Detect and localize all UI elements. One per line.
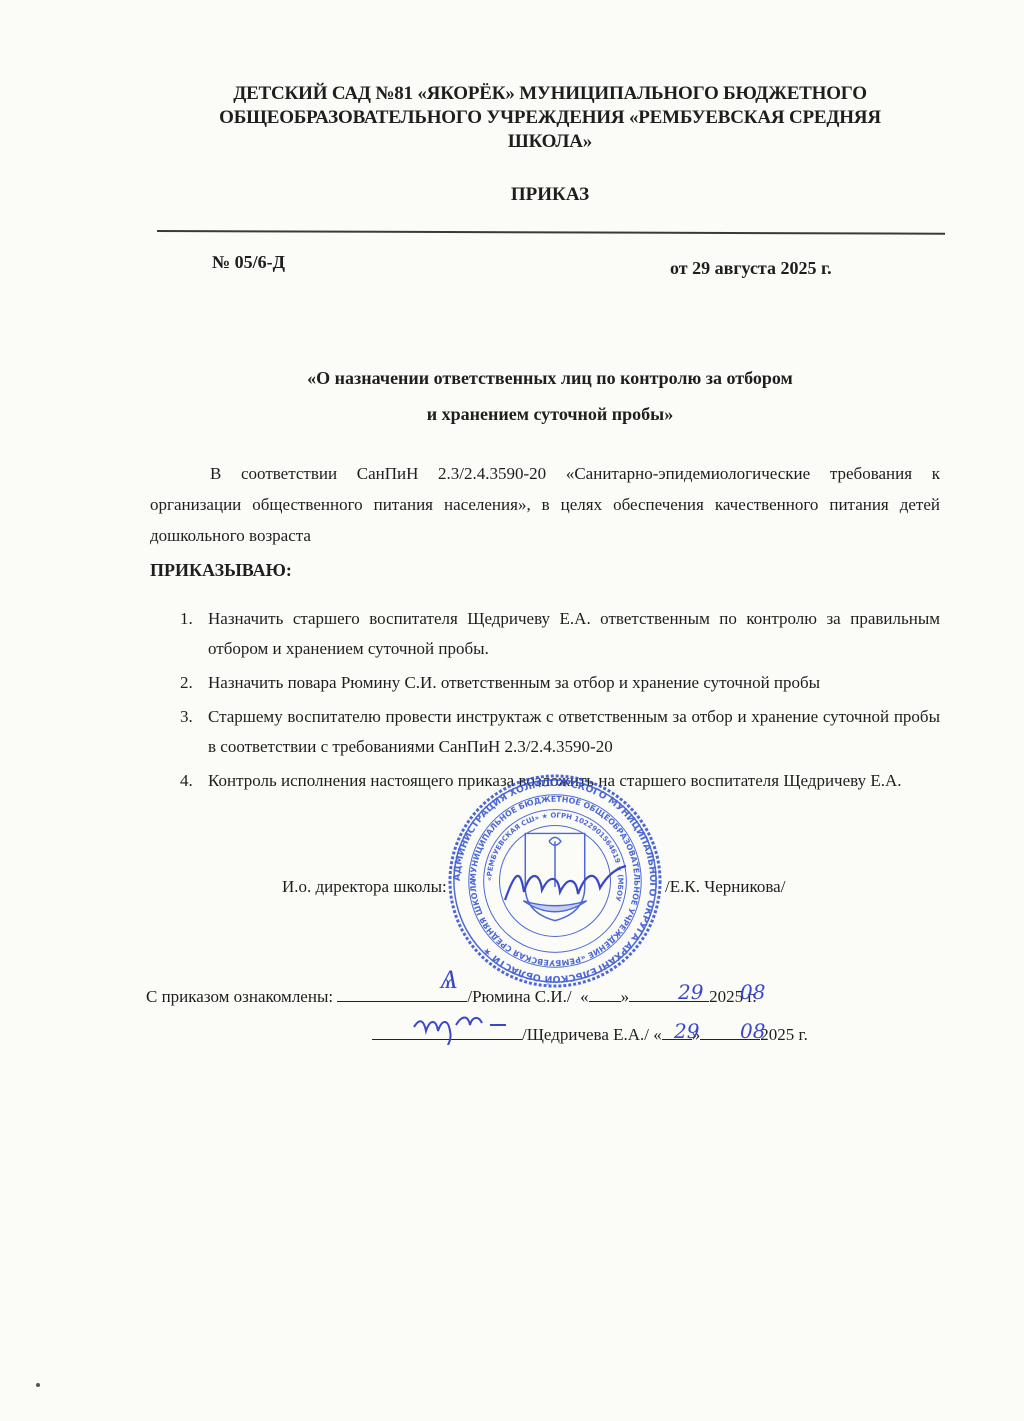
institution-header: ДЕТСКИЙ САД №81 «ЯКОРЁК» МУНИЦИПАЛЬНОГО … — [150, 82, 950, 154]
order-items-list: 1. Назначить старшего воспитателя Щедрич… — [176, 604, 940, 800]
item-number: 4. — [180, 766, 193, 796]
document-type: ПРИКАЗ — [150, 184, 950, 206]
signature-ryumina-icon: Ѧ — [440, 965, 458, 995]
handwritten-day-2: 29 — [674, 1019, 699, 1043]
director-role: И.о. директора школы: — [282, 877, 447, 897]
directive-heading: ПРИКАЗЫВАЮ: — [150, 560, 292, 581]
director-signature-icon — [500, 862, 630, 912]
day-field — [589, 985, 621, 1002]
order-date: от 29 августа 2025 г. — [670, 258, 832, 279]
item-number: 1. — [180, 604, 193, 634]
item-number: 2. — [180, 668, 193, 698]
order-title: «О назначении ответственных лиц по контр… — [150, 360, 950, 432]
handwritten-month-2: 08 — [740, 1019, 765, 1043]
signer-name: /Щедричева Е.А./ — [522, 1025, 649, 1044]
acknowledgement-label: С приказом ознакомлены: — [146, 987, 333, 1006]
document-page: ДЕТСКИЙ САД №81 «ЯКОРЁК» МУНИЦИПАЛЬНОГО … — [0, 0, 1024, 1421]
order-item: 1. Назначить старшего воспитателя Щедрич… — [176, 604, 940, 664]
title-line-1: «О назначении ответственных лиц по контр… — [150, 360, 950, 396]
header-divider — [157, 230, 945, 235]
handwritten-month-1: 08 — [740, 980, 765, 1004]
item-text: Старшему воспитателю провести инструктаж… — [208, 707, 940, 756]
scan-speck — [36, 1383, 40, 1387]
director-name: /Е.К. Черникова/ — [665, 877, 785, 897]
item-number: 3. — [180, 702, 193, 732]
signer-name: /Рюмина С.И./ — [467, 987, 571, 1006]
year-text: 2025 г. — [760, 1025, 808, 1044]
order-item: 3. Старшему воспитателю провести инструк… — [176, 702, 940, 762]
handwritten-day-1: 29 — [678, 980, 703, 1004]
title-line-2: и хранением суточной пробы» — [150, 396, 950, 432]
preamble-paragraph: В соответствии СанПиН 2.3/2.4.3590-20 «С… — [150, 458, 940, 551]
header-line-1: ДЕТСКИЙ САД №81 «ЯКОРЁК» МУНИЦИПАЛЬНОГО … — [150, 82, 950, 106]
item-text: Назначить повара Рюмину С.И. ответственн… — [208, 673, 820, 692]
item-text: Назначить старшего воспитателя Щедричеву… — [208, 609, 940, 658]
header-line-2: ОБЩЕОБРАЗОВАТЕЛЬНОГО УЧРЕЖДЕНИЯ «РЕМБУЕВ… — [150, 106, 950, 130]
order-number: № 05/6-Д — [212, 252, 285, 273]
header-line-3: ШКОЛА» — [150, 130, 950, 154]
order-item: 2. Назначить повара Рюмину С.И. ответств… — [176, 668, 940, 698]
signature-shchedricheva-icon — [410, 1005, 520, 1045]
